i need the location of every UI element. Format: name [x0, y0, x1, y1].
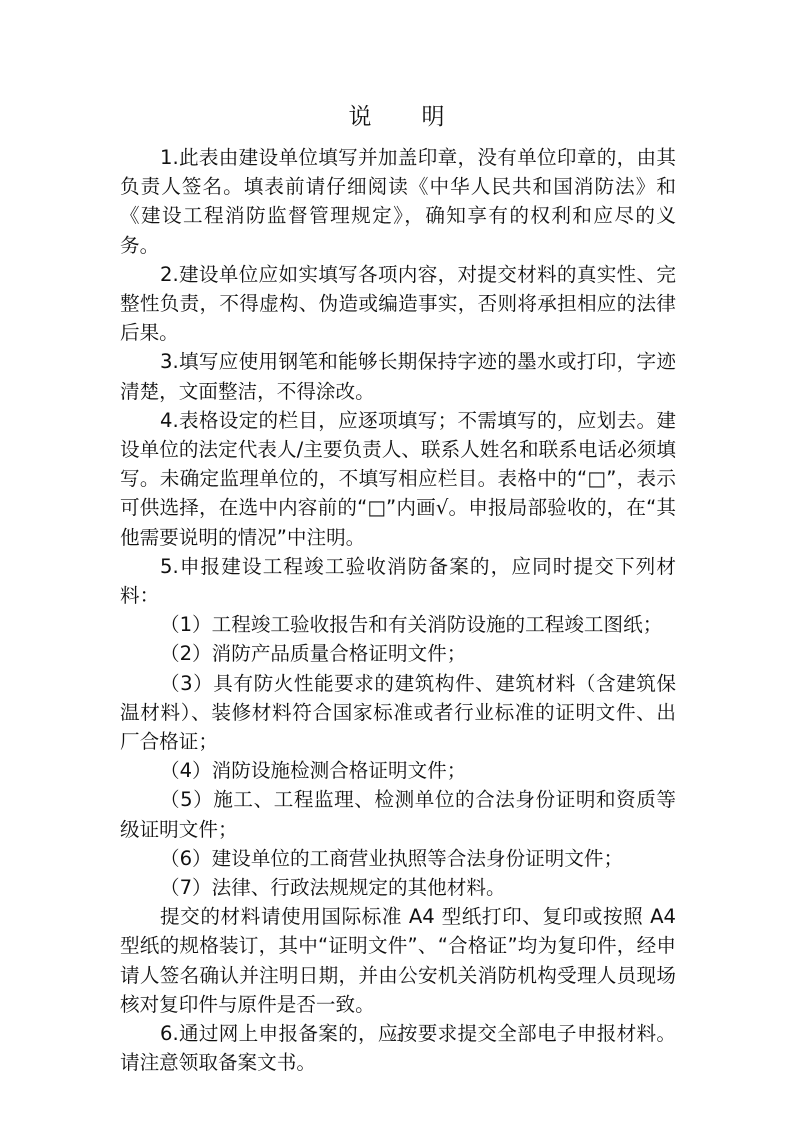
paragraph-1: 1.此表由建设单位填写并加盖印章，没有单位印章的，由其负责人签名。填表前请仔细阅…: [120, 143, 676, 260]
page-title: 说明: [0, 101, 793, 133]
paragraph-4: 4.表格设定的栏目，应逐项填写；不需填写的，应划去。建设单位的法定代表人/主要负…: [120, 406, 676, 552]
material-item-2: （2）消防产品质量合格证明文件；: [120, 639, 676, 668]
material-item-4: （4）消防设施检测合格证明文件；: [120, 756, 676, 785]
document-body: 1.此表由建设单位填写并加盖印章，没有单位印章的，由其负责人签名。填表前请仔细阅…: [120, 143, 676, 1078]
paragraph-6: 6.通过网上申报备案的，应按要求提交全部电子申报材料。请注意领取备案文书。: [120, 1019, 676, 1077]
material-item-6: （6）建设单位的工商营业执照等合法身份证明文件；: [120, 844, 676, 873]
material-item-1: （1）工程竣工验收报告和有关消防设施的工程竣工图纸；: [120, 610, 676, 639]
material-item-7: （7）法律、行政法规规定的其他材料。: [120, 873, 676, 902]
submission-note: 提交的材料请使用国际标准 A4 型纸打印、复印或按照 A4 型纸的规格装订，其中…: [120, 902, 676, 1019]
title-char-1: 说: [349, 101, 372, 133]
materials-list: （1）工程竣工验收报告和有关消防设施的工程竣工图纸； （2）消防产品质量合格证明…: [120, 610, 676, 902]
material-item-3: （3）具有防火性能要求的建筑构件、建筑材料（含建筑保温材料）、装修材料符合国家标…: [120, 669, 676, 757]
document-page: 说明 1.此表由建设单位填写并加盖印章，没有单位印章的，由其负责人签名。填表前请…: [0, 0, 793, 1122]
title-char-2: 明: [422, 101, 445, 133]
paragraph-2: 2.建设单位应如实填写各项内容，对提交材料的真实性、完整性负责，不得虚构、伪造或…: [120, 260, 676, 348]
material-item-5: （5）施工、工程监理、检测单位的合法身份证明和资质等级证明文件；: [120, 785, 676, 843]
paragraph-5: 5.申报建设工程竣工验收消防备案的，应同时提交下列材料：: [120, 552, 676, 610]
paragraph-3: 3.填写应使用钢笔和能够长期保持字迹的墨水或打印，字迹清楚，文面整洁，不得涂改。: [120, 347, 676, 405]
page-number: 21: [0, 1031, 793, 1045]
